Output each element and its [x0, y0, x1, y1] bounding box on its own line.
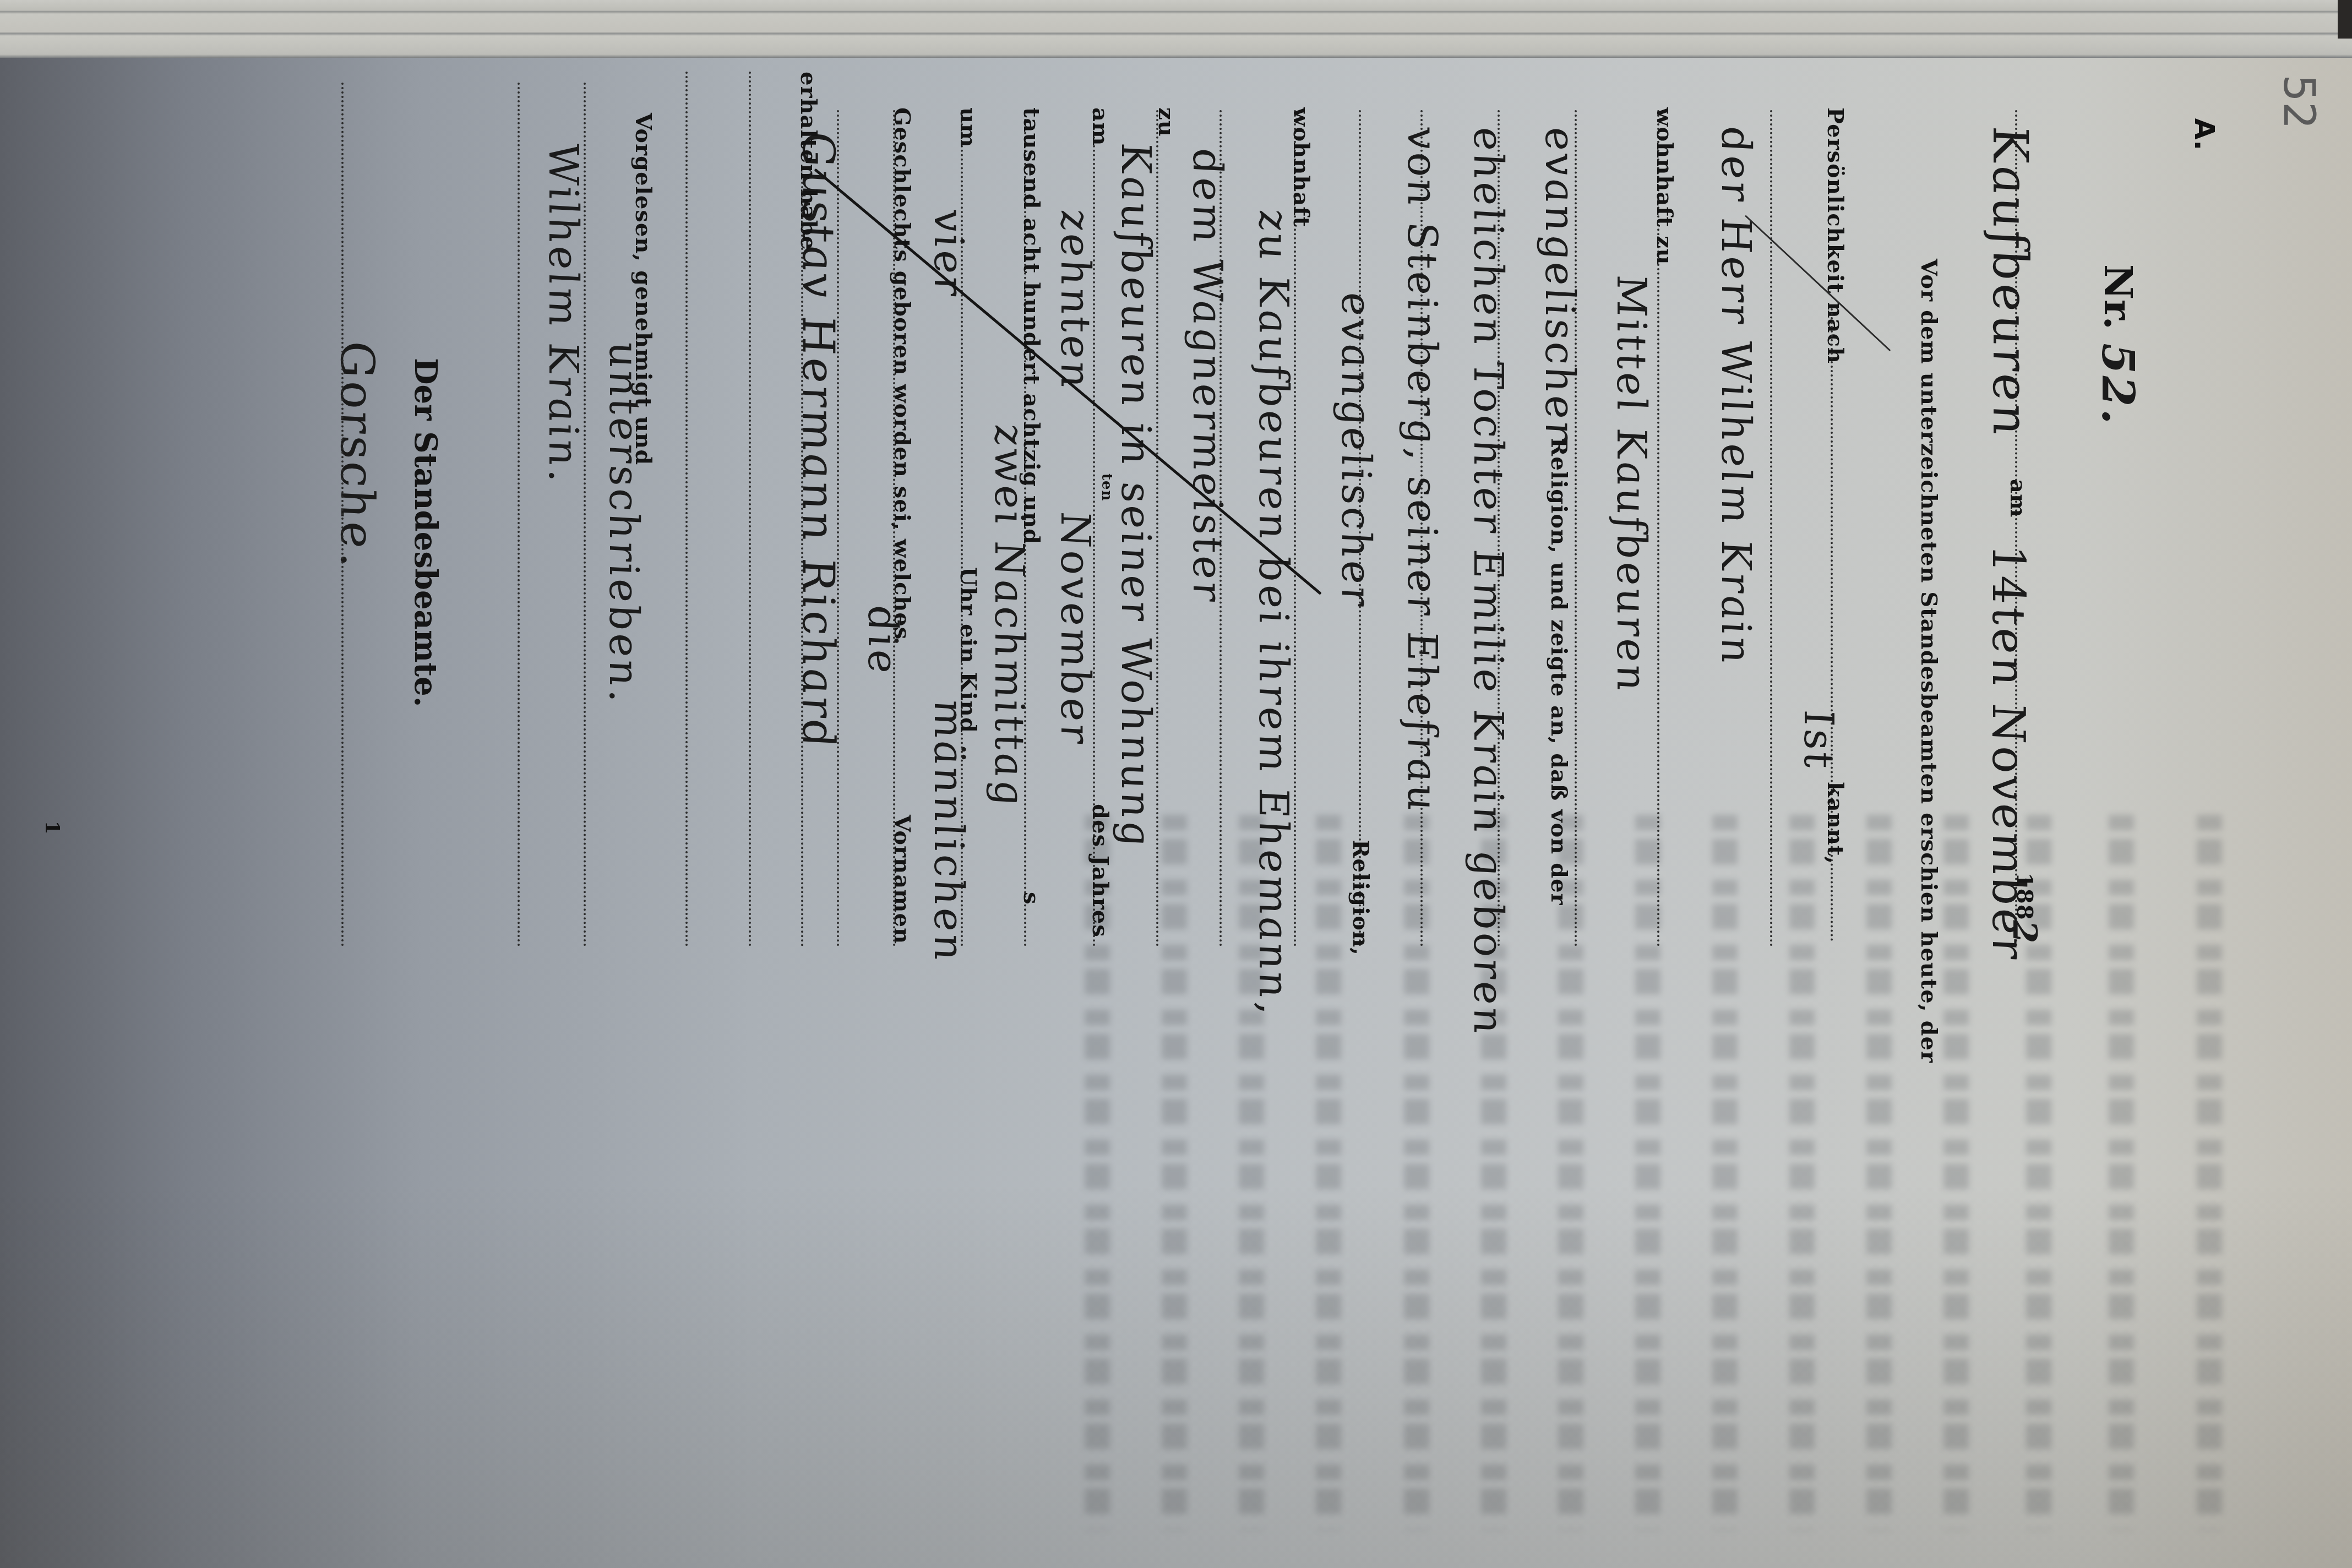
vornamen-label: Vornamen: [889, 815, 915, 944]
year-handwritten: 2: [2005, 921, 2044, 946]
religion-label: Religion,: [1348, 840, 1374, 956]
closing-handwritten: unterschrieben.: [600, 338, 647, 706]
bekannt-label: kannt,: [1822, 782, 1848, 864]
official-signature: Gorsche.: [330, 337, 384, 571]
place-of-registration: Kaufbeuren: [1982, 123, 2039, 441]
religion-statement: Religion, und zeigte an, daß von der: [1546, 438, 1572, 906]
birth-hour: vier: [925, 206, 972, 301]
book-page-edges: [0, 0, 2352, 58]
um-label: um: [955, 107, 981, 148]
void-strike-line-upper: [1745, 215, 1891, 351]
child-sex: männlichen: [925, 696, 972, 966]
birth-year-time: zwei Nachmittag: [986, 421, 1033, 810]
identity-label: Persönlichkeit nach: [1822, 107, 1848, 364]
informant-religion: evangelischer: [1536, 123, 1583, 446]
born-statement: Geschlechts geboren worden sei, welches: [889, 107, 915, 640]
birth-am-label: am: [1087, 107, 1113, 146]
section-letter: A.: [2188, 118, 2220, 151]
birth-month: November: [1052, 509, 1099, 749]
pencil-page-number: 52: [2274, 74, 2323, 129]
father-occupation: dem Wagnermeister: [1184, 145, 1231, 606]
informant-name: der Herr Wilhelm Krain: [1712, 123, 1760, 668]
die-handwritten: die: [859, 602, 906, 679]
ordinal-suffix: ten: [1098, 473, 1115, 501]
identity-note: Ist: [1795, 707, 1842, 774]
bleed-through-text: [963, 815, 2312, 1531]
informant-residence: Mittel Kaufbeuren: [1608, 272, 1655, 696]
place-of-birth-label: zu: [1153, 107, 1179, 137]
entry-number: Nr. 52.: [2092, 264, 2144, 426]
mother-residence: zu Kaufbeuren bei ihrem Ehemann,: [1250, 206, 1297, 1018]
birth-day: zehnten: [1052, 206, 1099, 393]
informant-signature: Wilhelm Krain.: [540, 140, 587, 486]
des-jahres-label: des Jahres: [1087, 804, 1113, 938]
book-corner-shadow: [2338, 0, 2352, 39]
erhalten-habe-label: erhalten habe: [796, 72, 821, 251]
printed-page-number: 1: [41, 820, 64, 834]
document-page: A. 52 1 Nr. 52. Kaufbeuren am 14ten Nove…: [0, 0, 2352, 1568]
official-title: Der Standesbeamte.: [407, 358, 444, 707]
residence-label: wohnhaft zu: [1652, 107, 1678, 265]
year-printed: 188: [2012, 873, 2038, 921]
mother-religion: evangelischer: [1332, 288, 1380, 611]
place-of-birth: Kaufbeuren in seiner Wohnung: [1112, 140, 1159, 851]
intro-text: Vor dem unterzeichneten Standesbeamten e…: [1916, 259, 1942, 1063]
mother-origin: von Steinberg, seiner Ehefrau: [1398, 123, 1446, 816]
am-label: am: [2005, 479, 2031, 518]
mother-relation: ehelichen Tochter Emilie Krain geboren: [1464, 123, 1512, 1038]
